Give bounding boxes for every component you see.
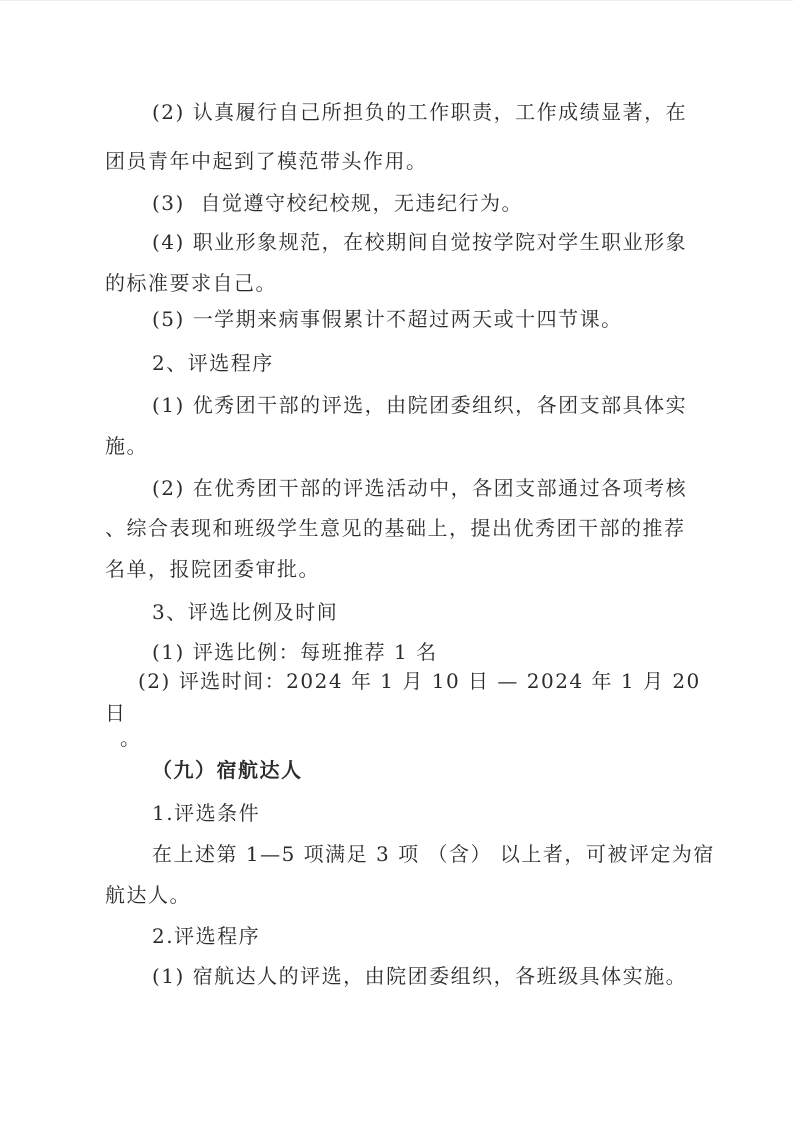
doc-line: 名单，报院团委审批。 [105,556,705,582]
doc-line: (1) 宿航达人的评选，由院团委组织，各班级具体实施。 [105,963,752,989]
doc-line: 。 [105,725,720,751]
doc-section-heading: 2、评选程序 [105,350,752,376]
doc-line: 施。 [105,433,705,459]
document-page: (2) 认真履行自己所担负的工作职责，工作成绩显著，在 团员青年中起到了模范带头… [0,0,793,1123]
doc-line: (5) 一学期来病事假累计不超过两天或十四节课。 [105,306,752,332]
doc-line: (2) 认真履行自己所担负的工作职责，工作成绩显著，在 [105,99,752,125]
doc-section-heading: 1.评选条件 [105,800,752,826]
doc-line: 日 [105,700,705,726]
doc-line: (1) 优秀团干部的评选，由院团委组织，各团支部具体实 [105,392,752,418]
doc-line: (2) 在优秀团干部的评选活动中，各团支部通过各项考核 [105,475,752,501]
doc-line: 、综合表现和班级学生意见的基础上，提出优秀团干部的推荐 [105,515,705,541]
doc-line: (4) 职业形象规范，在校期间自觉按学院对学生职业形象 [105,229,752,255]
doc-section-heading: 3、评选比例及时间 [105,599,752,625]
doc-line: (2) 评选时间：2024 年 1 月 10 日 — 2024 年 1 月 20 [105,668,738,694]
doc-line: (3) 自觉遵守校纪校规，无违纪行为。 [105,190,752,216]
doc-line: (1) 评选比例：每班推荐 1 名 [105,639,752,665]
doc-line: 在上述第 1—5 项满足 3 项 （含） 以上者，可被评定为宿 [105,841,752,867]
doc-heading: （九）宿航达人 [105,757,752,783]
doc-line: 的标准要求自己。 [105,270,705,296]
doc-line: 航达人。 [105,882,705,908]
doc-section-heading: 2.评选程序 [105,923,752,949]
doc-line: 团员青年中起到了模范带头作用。 [105,148,705,174]
